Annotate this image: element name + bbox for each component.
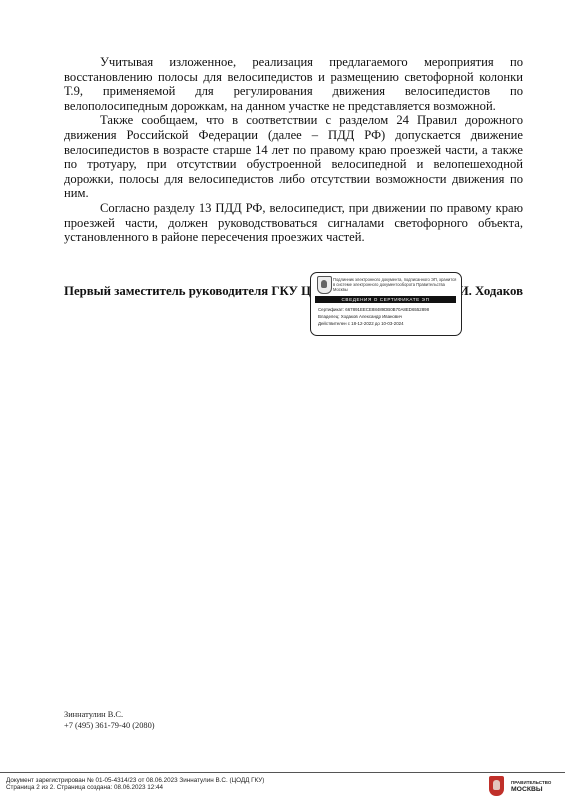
executor-name: Зиннатулин В.С. [64, 710, 155, 721]
footer-page-info: Страница 2 из 2. Страница создана: 08.06… [6, 784, 264, 791]
executor-info: Зиннатулин В.С. +7 (495) 361-79-40 (2080… [64, 710, 155, 731]
paragraph-2: Также сообщаем, что в соответствии с раз… [64, 113, 523, 201]
paragraph-1: Учитывая изложенное, реализация предлага… [64, 55, 523, 113]
letter-body: Учитывая изложенное, реализация предлага… [64, 55, 523, 245]
stamp-header-text: Подлинник электронного документа, подпис… [333, 277, 457, 293]
stamp-owner: Владелец: Ходаков Александр Иванович [318, 314, 402, 319]
executor-phone: +7 (495) 361-79-40 (2080) [64, 721, 155, 732]
stamp-certificate-number: Сертификат: 667891EECE88489DB0B70A8ED655… [318, 307, 429, 312]
moscow-emblem-icon [489, 776, 504, 796]
signatory-title: Первый заместитель руководителя ГКУ ЦОДД [64, 284, 338, 299]
moscow-coat-of-arms-icon [317, 276, 332, 294]
stamp-validity: Действителен с 18-12-2022 до 10-03-2024 [318, 321, 404, 326]
paragraph-3: Согласно разделу 13 ПДД РФ, велосипедист… [64, 201, 523, 245]
moscow-government-logo: ПРАВИТЕЛЬСТВО МОСКВЫ [489, 776, 559, 798]
electronic-signature-stamp: Подлинник электронного документа, подпис… [310, 272, 462, 336]
logo-text: ПРАВИТЕЛЬСТВО МОСКВЫ [511, 779, 551, 794]
logo-line-1: ПРАВИТЕЛЬСТВО [511, 779, 551, 786]
footer-divider [0, 772, 565, 773]
footer-registration: Документ зарегистрирован № 01-05-4314/23… [6, 777, 264, 784]
logo-line-2: МОСКВЫ [511, 786, 551, 794]
footer-registration-info: Документ зарегистрирован № 01-05-4314/23… [6, 777, 264, 791]
stamp-certificate-bar: СВЕДЕНИЯ О СЕРТИФИКАТЕ ЭП [315, 296, 456, 303]
